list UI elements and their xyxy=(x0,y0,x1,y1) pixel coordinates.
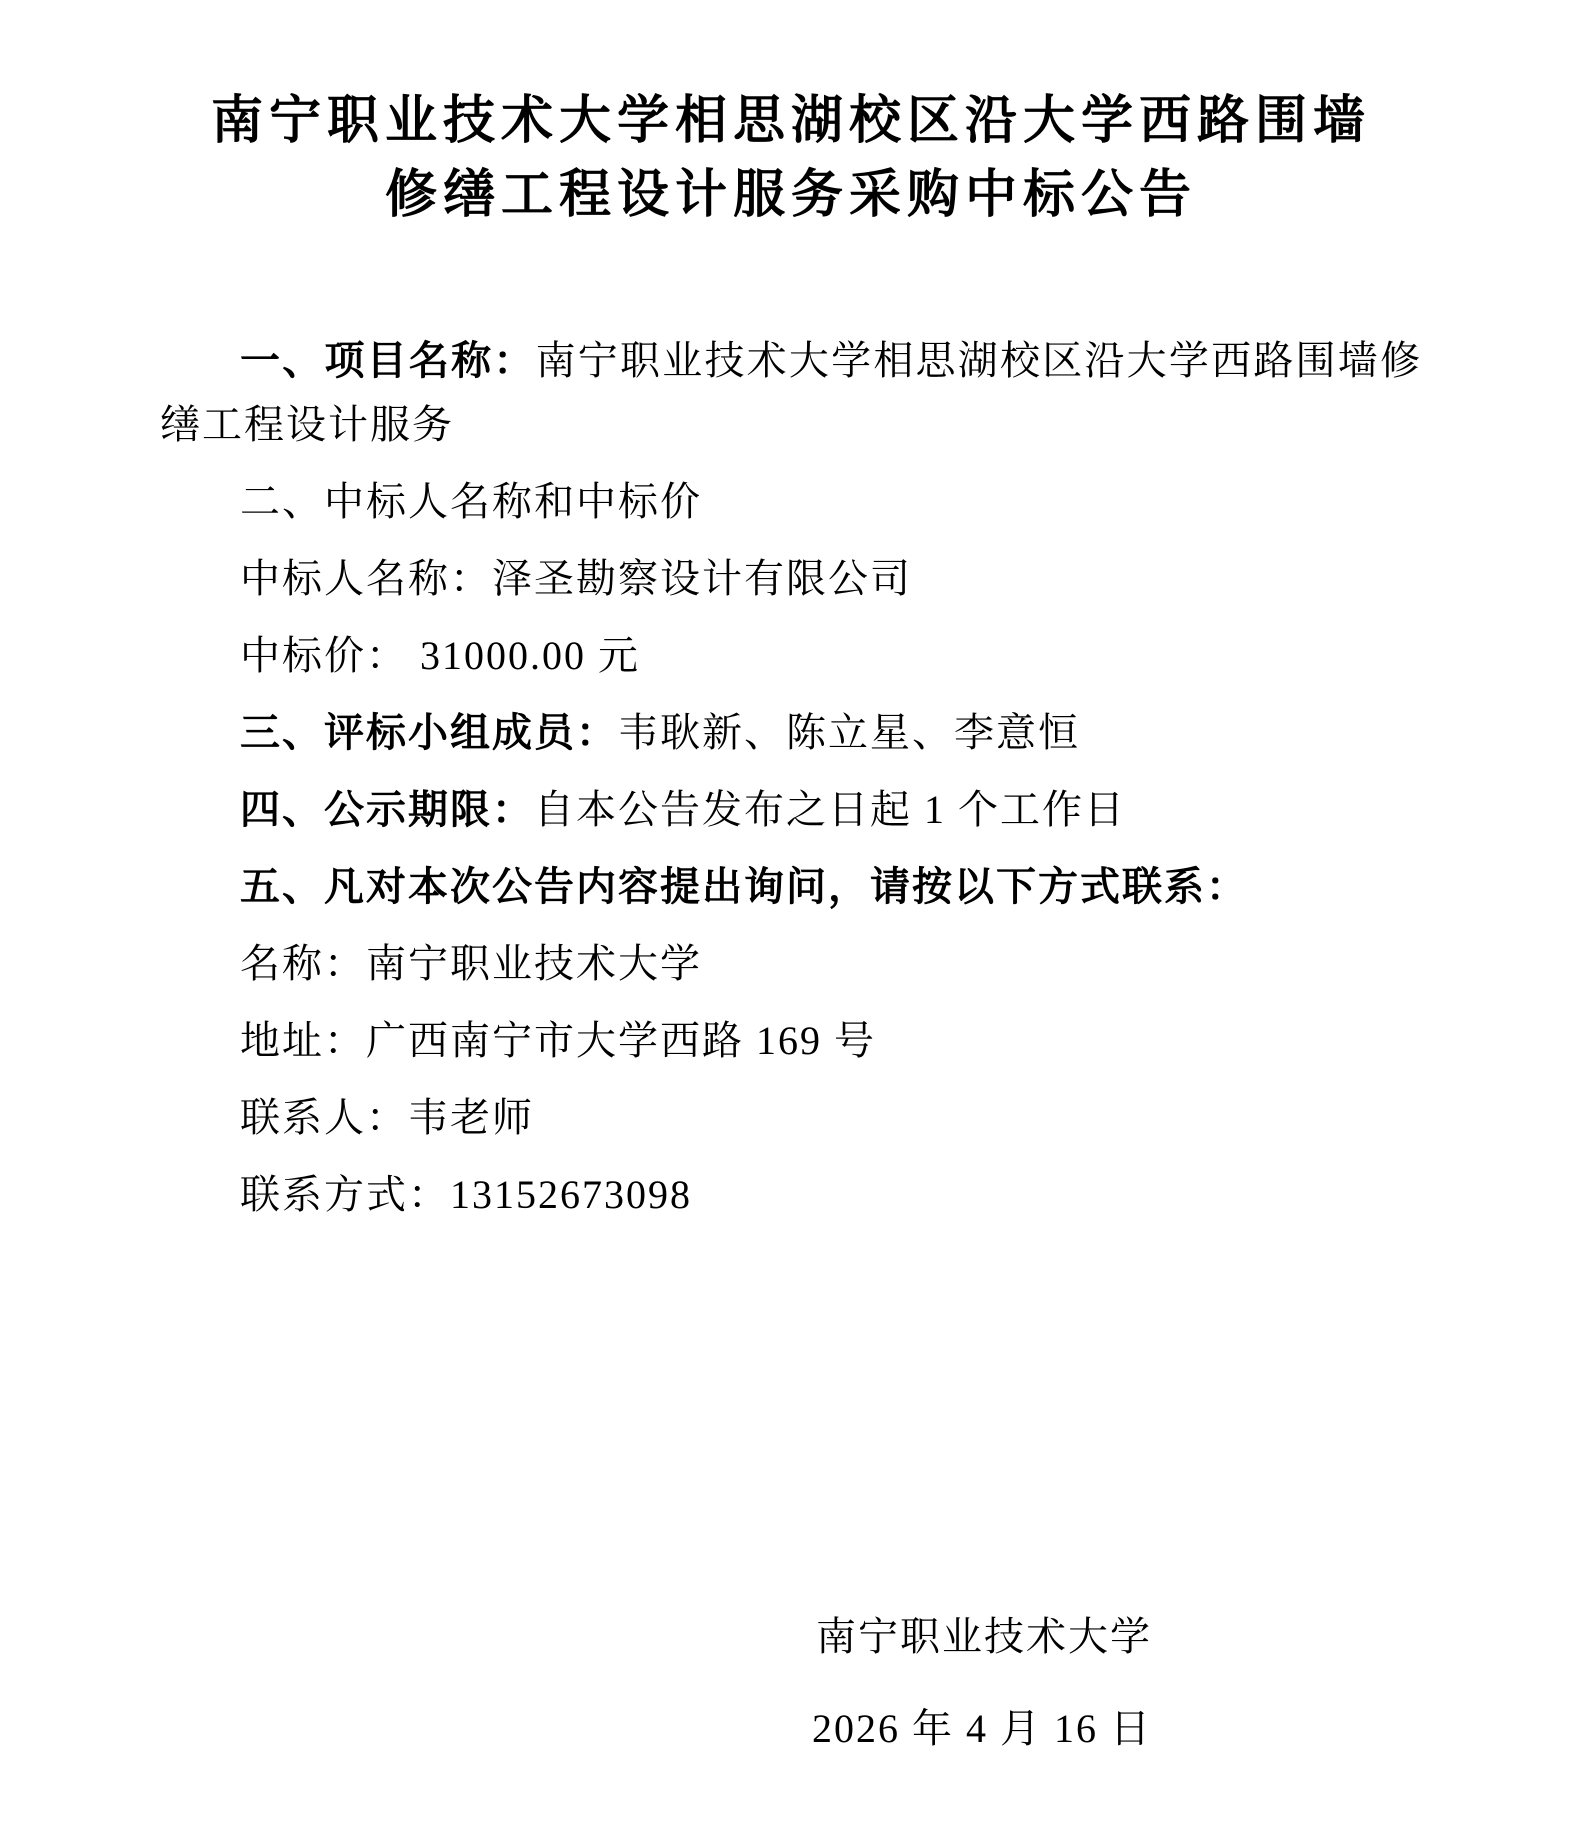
para-contact-address: 地址：广西南宁市大学西路 169 号 xyxy=(160,1009,1422,1073)
para-publicity-period: 四、公示期限：自本公告发布之日起 1 个工作日 xyxy=(160,778,1422,842)
page-title-line1: 南宁职业技术大学相思湖校区沿大学西路围墙 xyxy=(160,85,1422,159)
para-contact-name-text: 名称：南宁职业技术大学 xyxy=(240,941,702,986)
signature-date: 2026 年 4 月 16 日 xyxy=(160,1697,1152,1761)
para-evaluation-committee: 三、评标小组成员：韦耿新、陈立星、李意恒 xyxy=(160,701,1422,765)
para-winning-price: 中标价： 31000.00 元 xyxy=(160,624,1422,688)
para-project-name: 一、项目名称：南宁职业技术大学相思湖校区沿大学西路围墙修缮工程设计服务 xyxy=(160,329,1422,457)
para-winner-section-heading-text: 二、中标人名称和中标价 xyxy=(240,479,702,524)
para-winner-name-text: 中标人名称：泽圣勘察设计有限公司 xyxy=(240,556,912,601)
page-title: 南宁职业技术大学相思湖校区沿大学西路围墙 修缮工程设计服务采购中标公告 xyxy=(160,85,1422,233)
para-winning-price-text: 中标价： 31000.00 元 xyxy=(240,633,640,678)
signature-organization: 南宁职业技术大学 xyxy=(160,1605,1152,1669)
para-contact-person-text: 联系人：韦老师 xyxy=(240,1095,534,1140)
para-winner-name: 中标人名称：泽圣勘察设计有限公司 xyxy=(160,547,1422,611)
para-inquiry-contact-heading-label: 五、凡对本次公告内容提出询问，请按以下方式联系： xyxy=(240,864,1248,909)
para-contact-name: 名称：南宁职业技术大学 xyxy=(160,932,1422,996)
para-contact-address-text: 地址：广西南宁市大学西路 169 号 xyxy=(240,1018,876,1063)
para-project-name-label: 一、项目名称： xyxy=(240,338,536,383)
para-contact-phone: 联系方式：13152673098 xyxy=(160,1163,1422,1227)
para-inquiry-contact-heading: 五、凡对本次公告内容提出询问，请按以下方式联系： xyxy=(160,855,1422,919)
announcement-page: 南宁职业技术大学相思湖校区沿大学西路围墙 修缮工程设计服务采购中标公告 一、项目… xyxy=(0,0,1587,1821)
para-contact-person: 联系人：韦老师 xyxy=(160,1086,1422,1150)
para-contact-phone-text: 联系方式：13152673098 xyxy=(240,1172,692,1217)
para-publicity-period-label: 四、公示期限： xyxy=(240,787,534,832)
para-evaluation-committee-label: 三、评标小组成员： xyxy=(240,710,618,755)
signature-block: 南宁职业技术大学 2026 年 4 月 16 日 xyxy=(160,1605,1422,1761)
para-evaluation-committee-text: 韦耿新、陈立星、李意恒 xyxy=(618,710,1080,755)
para-winner-section-heading: 二、中标人名称和中标价 xyxy=(160,470,1422,534)
para-publicity-period-text: 自本公告发布之日起 1 个工作日 xyxy=(534,787,1126,832)
announcement-body: 一、项目名称：南宁职业技术大学相思湖校区沿大学西路围墙修缮工程设计服务 二、中标… xyxy=(160,329,1422,1227)
page-title-line2: 修缮工程设计服务采购中标公告 xyxy=(160,159,1422,233)
